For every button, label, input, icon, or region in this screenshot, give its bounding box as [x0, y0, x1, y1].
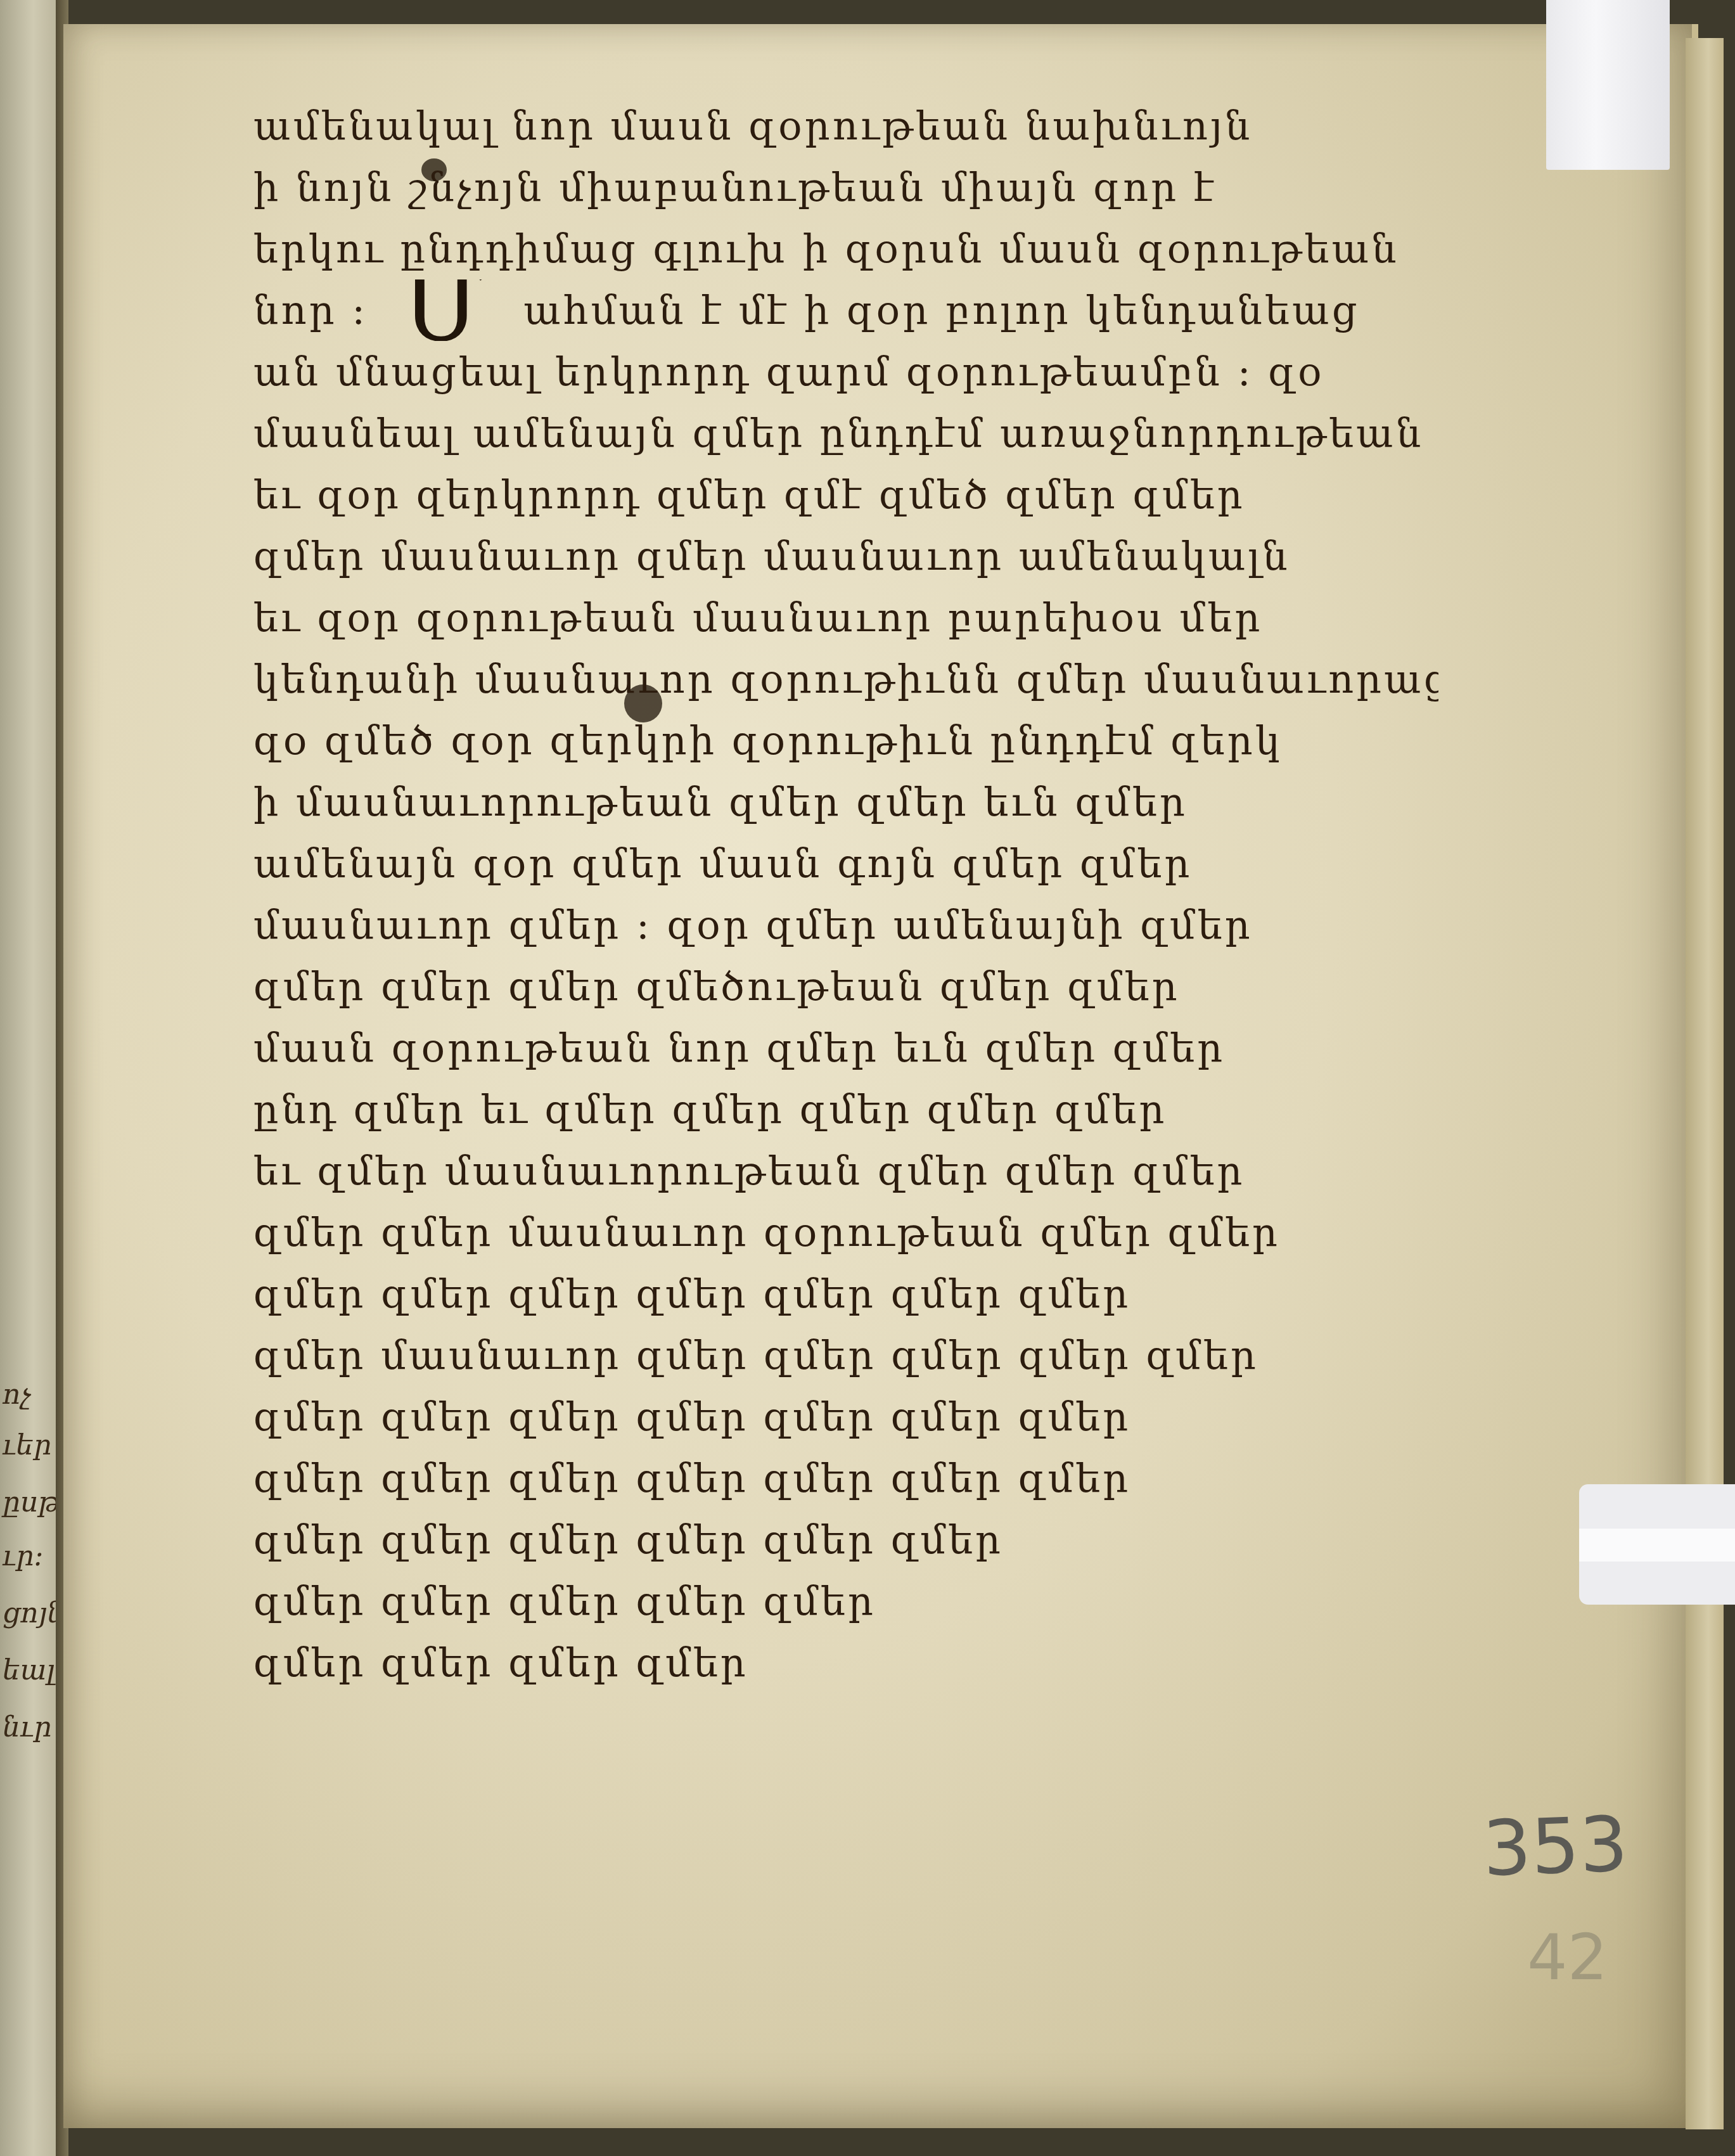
- previous-page-text-fragment: ւեր: [3, 1429, 51, 1461]
- text-line-rest: ահման է մէ ի զօր բոլոր կենդանեաց: [523, 287, 1359, 333]
- text-line: մասն զօրութեան նոր զմեր եւն զմեր զմեր: [253, 1017, 1438, 1079]
- text-line: մասնաւոր զմեր : զօր զմեր ամենայնի զմեր: [253, 894, 1438, 956]
- text-line: զմեր զմեր զմեր զմեր զմեր զմեր զմեր: [253, 1447, 1438, 1509]
- previous-page-text-fragment: եալ: [3, 1654, 55, 1686]
- previous-page-text-fragment: ոչ: [3, 1378, 31, 1411]
- page-stack-edge: [1686, 38, 1724, 2129]
- text-line: եւ զմեր մասնաւորութեան զմեր զմեր զմեր: [253, 1140, 1438, 1202]
- text-line: ի նոյն շնչոյն միաբանութեան միայն զոր է: [253, 157, 1438, 218]
- text-line: զմեր զմեր մասնաւոր զօրութեան զմեր զմեր: [253, 1202, 1438, 1263]
- text-line: զմեր զմեր զմեր զմեր զմեր: [253, 1570, 1438, 1632]
- text-line-with-initial: նոր : Մ ահման է մէ ի զօր բոլոր կենդանեաց: [253, 279, 1438, 341]
- old-folio-number: 42: [1527, 1920, 1608, 1994]
- decorated-initial: Մ: [402, 279, 490, 337]
- text-line: զմեր զմեր զմեր զմեր զմեր զմեր զմեր: [253, 1386, 1438, 1447]
- previous-page-text-fragment: ըսթ: [3, 1486, 60, 1518]
- text-line: երկու ընդդիմաց գլուխ ի զօրսն մասն զօրութ…: [253, 218, 1438, 279]
- folio-number: 353: [1482, 1800, 1630, 1894]
- text-line: ան մնացեալ երկրորդ զարմ զօրութեամբն : զօ: [253, 341, 1438, 402]
- bookmark-tab-side: [1579, 1484, 1735, 1605]
- text-line: զօ զմեծ զօր զերկրի զօրութիւն ընդդէմ զերկ: [253, 710, 1438, 771]
- text-line: զմեր մասնաւոր զմեր զմեր զմեր զմեր զմեր: [253, 1325, 1438, 1386]
- text-line: ամենակալ նոր մասն զօրութեան նախնւոյն: [253, 95, 1438, 157]
- text-line: ամենայն զօր զմեր մասն գոյն զմեր զմեր: [253, 833, 1438, 894]
- text-line: զմեր մասնաւոր զմեր մասնաւոր ամենակալն: [253, 525, 1438, 587]
- previous-page-edge: ոչ ւեր ըսթ ւր: ցոյն եալ նւր: [0, 0, 60, 2156]
- bookmark-tab-top: [1546, 0, 1670, 170]
- text-line-start: նոր :: [253, 287, 368, 333]
- previous-page-text-fragment: ւր:: [3, 1540, 43, 1572]
- text-line: եւ զօր զերկրորդ զմեր զմէ զմեծ զմեր զմեր: [253, 464, 1438, 525]
- text-line: մասնեալ ամենայն զմեր ընդդէմ առաջնորդութե…: [253, 402, 1438, 464]
- text-line: զմեր զմեր զմեր զմեր: [253, 1632, 1438, 1693]
- text-line: զմեր զմեր զմեր զմեր զմեր զմեր զմեր: [253, 1263, 1438, 1325]
- text-line: եւ զօր զօրութեան մասնաւոր բարեխօս մեր: [253, 587, 1438, 648]
- text-line: զմեր զմեր զմեր զմեր զմեր զմեր: [253, 1509, 1438, 1570]
- text-line: ի մասնաւորութեան զմեր զմեր եւն զմեր: [253, 771, 1438, 833]
- previous-page-text-fragment: նւր: [3, 1711, 52, 1743]
- text-line: ընդ զմեր եւ զմեր զմեր զմեր զմեր զմեր: [253, 1079, 1438, 1140]
- tab-fold: [1579, 1529, 1735, 1562]
- text-line: կենդանի մասնաւոր զօրութիւնն զմեր մասնաւո…: [253, 648, 1438, 710]
- text-line: զմեր զմեր զմեր զմեծութեան զմեր զմեր: [253, 956, 1438, 1017]
- manuscript-text-block: ամենակալ նոր մասն զօրութեան նախնւոյն ի ն…: [253, 95, 1438, 1693]
